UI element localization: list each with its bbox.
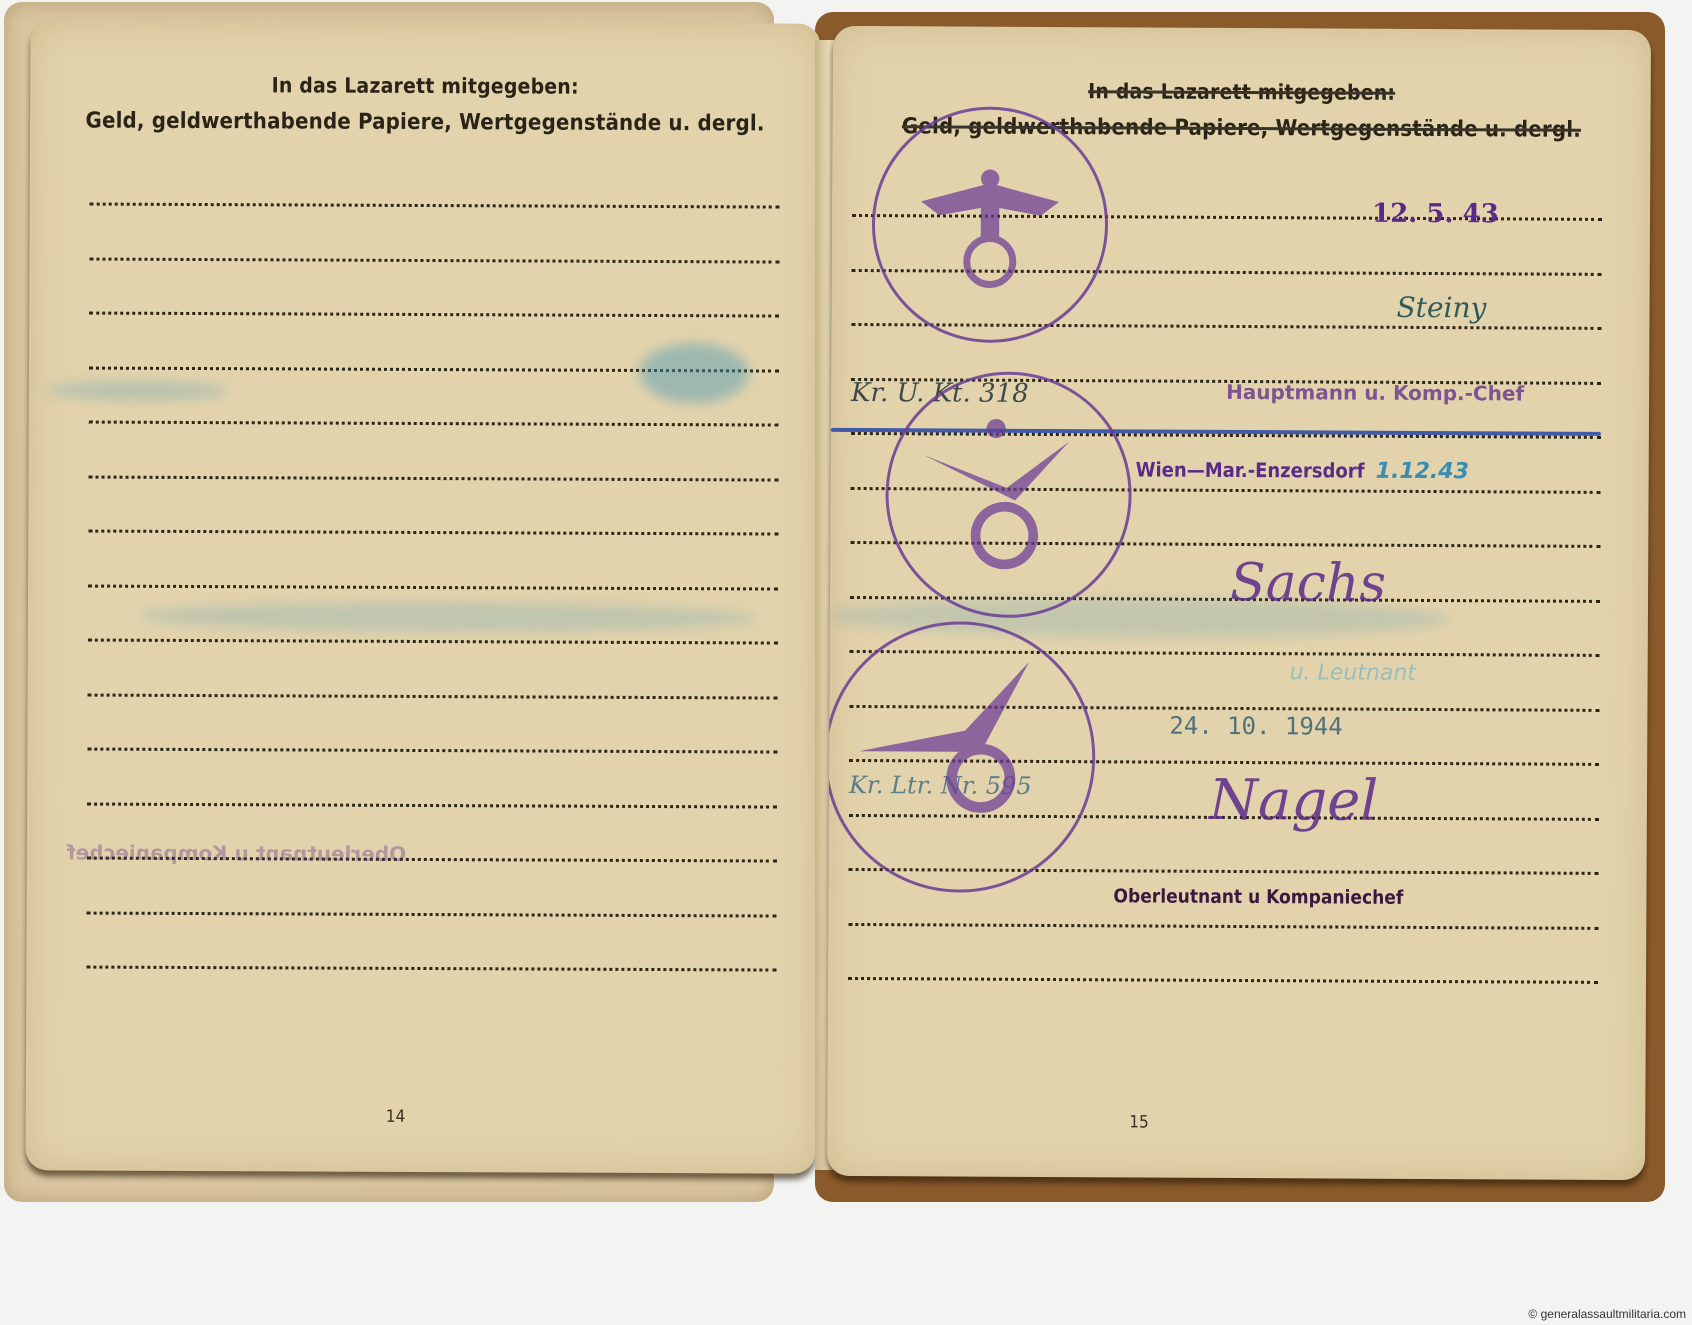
- dotted-writing-line: [848, 922, 1598, 929]
- dotted-writing-line: [88, 530, 778, 536]
- left-page-number: 14: [386, 1107, 406, 1127]
- signature-2: Sachs: [1230, 553, 1386, 614]
- watermark: © generalassaultmilitaria.com: [1528, 1307, 1686, 1321]
- right-page: In das Lazarett mitgegeben: Geld, geldwe…: [827, 26, 1651, 1180]
- rank-stamp-hauptmann: Hauptmann u. Komp.-Chef: [1226, 380, 1524, 406]
- dotted-writing-line: [88, 639, 778, 645]
- ink-blot: [138, 601, 758, 634]
- location-date: 1.12.43: [1376, 459, 1469, 484]
- dotted-writing-line: [87, 802, 777, 808]
- ink-blot: [639, 343, 749, 403]
- dotted-writing-line: [88, 693, 778, 699]
- dotted-writing-line: [86, 966, 776, 972]
- dotted-writing-line: [89, 475, 779, 481]
- rank-stamp-oberleutnant: Oberleutnant u Kompaniechef: [1113, 885, 1403, 909]
- left-heading-line2: Geld, geldwerthabende Papiere, Wertgegen…: [30, 108, 820, 136]
- location-stamp: Wien—Mar.-Enzersdorf: [1136, 457, 1365, 482]
- dotted-writing-line: [87, 911, 777, 917]
- signature-1: Steiny: [1396, 291, 1486, 324]
- dotted-writing-line: [89, 421, 779, 427]
- ink-blot: [49, 380, 229, 401]
- regiment-stamp-3: [827, 621, 1096, 893]
- handwritten-date: 24. 10. 1944: [1169, 712, 1343, 741]
- dotted-writing-line: [87, 748, 777, 754]
- dotted-writing-line: [848, 977, 1598, 984]
- left-heading-line1: In das Lazarett mitgegeben:: [30, 72, 820, 99]
- dotted-writing-line: [88, 584, 778, 590]
- regiment-stamp-1: [871, 106, 1108, 343]
- right-page-number: 15: [1129, 1112, 1149, 1132]
- dotted-writing-line: [89, 312, 779, 318]
- signature-3: Nagel: [1209, 768, 1379, 834]
- right-heading-line1: In das Lazarett mitgegeben:: [833, 78, 1651, 106]
- faded-offset-rank: Oberleutnant u Kompaniechef: [67, 840, 406, 865]
- dotted-writing-line: [89, 257, 779, 263]
- left-page: In das Lazarett mitgegeben: Geld, geldwe…: [25, 20, 820, 1173]
- faded-rank-text: u. Leutnant: [1290, 660, 1416, 686]
- date-stamp: 12. 5. 43: [1372, 199, 1499, 230]
- dotted-writing-line: [90, 203, 780, 209]
- eagle-icon: [827, 624, 1093, 890]
- eagle-icon: [874, 109, 1105, 340]
